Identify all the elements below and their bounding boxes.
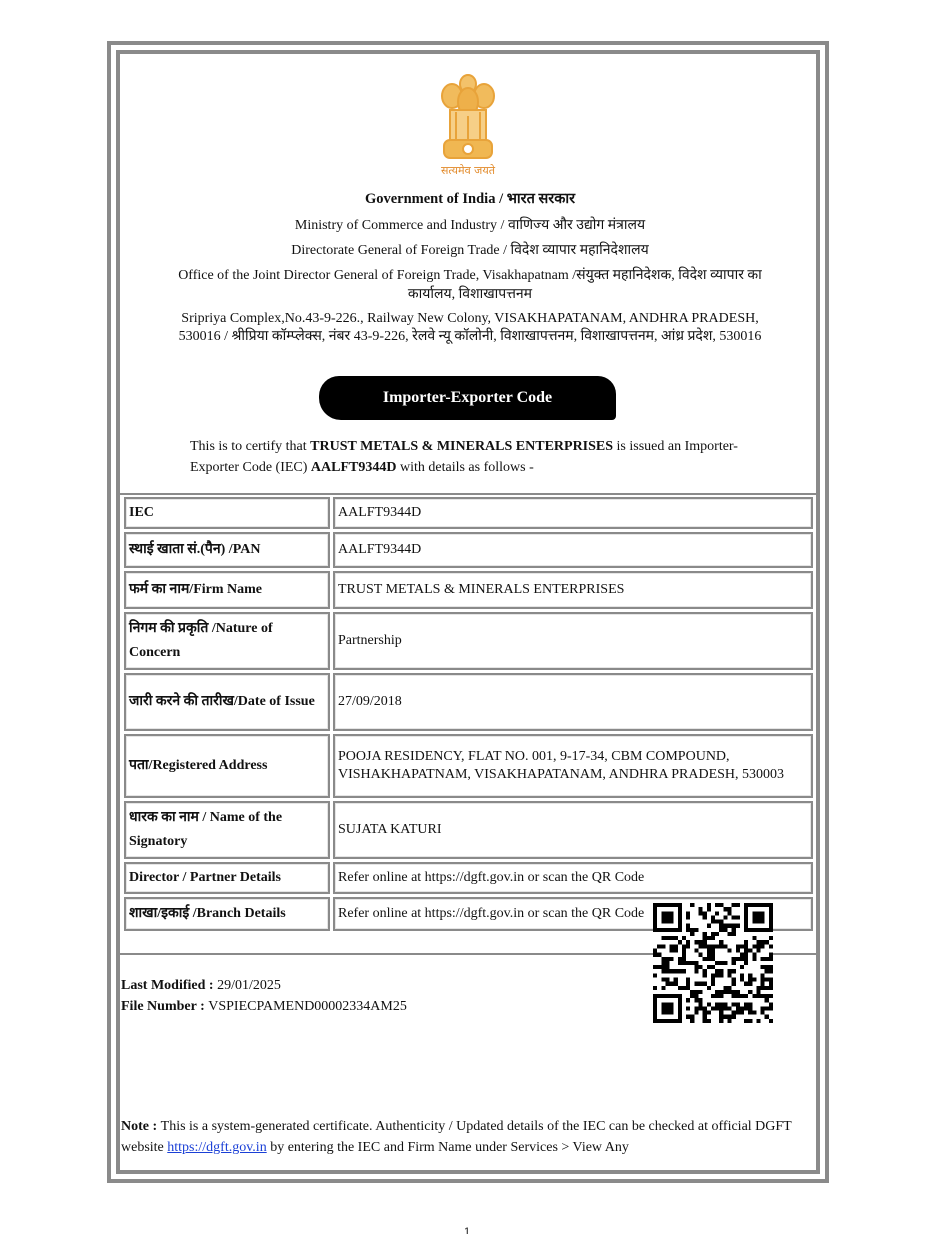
table-row: जारी करने की तारीख/Date of Issue27/09/20… [124,673,813,731]
dgft-website-link[interactable]: https://dgft.gov.in [167,1140,266,1155]
table-row: निगम की प्रकृति /Nature of ConcernPartne… [124,612,813,670]
row-label: Director / Partner Details [124,862,330,894]
table-row: फर्म का नाम/Firm NameTRUST METALS & MINE… [124,571,813,609]
table-row: IECAALFT9344D [124,497,813,529]
row-label: IEC [124,497,330,529]
table-row: स्थाई खाता सं.(पैन) /PANAALFT9344D [124,532,813,568]
row-label: स्थाई खाता सं.(पैन) /PAN [124,532,330,568]
page-number: 1 [464,1226,470,1234]
table-row: Director / Partner DetailsRefer online a… [124,862,813,894]
row-label: शाखा/इकाई /Branch Details [124,897,330,931]
table-row: पता/Registered AddressPOOJA RESIDENCY, F… [124,734,813,798]
verification-note: Note : This is a system-generated certif… [121,1116,811,1158]
iec-details-table: IECAALFT9344Dस्थाई खाता सं.(पैन) /PANAAL… [121,494,816,934]
row-value: POOJA RESIDENCY, FLAT NO. 001, 9-17-34, … [333,734,813,798]
row-value: 27/09/2018 [333,673,813,731]
svg-text:सत्यमेव जयते: सत्यमेव जयते [441,164,496,177]
file-number: File Number : VSPIECPAMEND00002334AM25 [121,996,407,1017]
ministry-line: Ministry of Commerce and Industry / वाणि… [130,216,810,235]
qr-code-icon[interactable] [653,903,773,1023]
office-address-line-2: 530016 / श्रीप्रिया कॉम्प्लेक्स, नंबर 43… [130,328,810,346]
row-value: AALFT9344D [333,497,813,529]
row-label: धारक का नाम / Name of the Signatory [124,801,330,859]
certification-statement: This is to certify that TRUST METALS & M… [190,436,770,478]
directorate-line: Directorate General of Foreign Trade / व… [130,241,810,260]
file-meta: Last Modified : 29/01/2025 File Number :… [121,975,407,1017]
table-row: धारक का नाम / Name of the SignatorySUJAT… [124,801,813,859]
office-line-1: Office of the Joint Director General of … [130,266,810,285]
row-value: Refer online at https://dgft.gov.in or s… [333,862,813,894]
last-modified: Last Modified : 29/01/2025 [121,975,407,996]
government-title: Government of India / भारत सरकार [130,188,810,208]
row-value: Partnership [333,612,813,670]
row-label: निगम की प्रकृति /Nature of Concern [124,612,330,670]
row-label: फर्म का नाम/Firm Name [124,571,330,609]
office-line-2: कार्यालय, विशाखापत्तनम [130,285,810,304]
iec-code: AALFT9344D [311,460,397,475]
row-label: पता/Registered Address [124,734,330,798]
issuing-authority-header: Government of India / भारत सरकार Ministr… [130,188,810,346]
firm-name: TRUST METALS & MINERALS ENTERPRISES [310,439,613,454]
row-value: AALFT9344D [333,532,813,568]
row-value: TRUST METALS & MINERALS ENTERPRISES [333,571,813,609]
certificate-title: Importer-Exporter Code [319,376,616,420]
row-value: SUJATA KATURI [333,801,813,859]
national-emblem-icon: सत्यमेव जयते [428,70,508,180]
row-label: जारी करने की तारीख/Date of Issue [124,673,330,731]
office-address-line-1: Sripriya Complex,No.43-9-226., Railway N… [130,310,810,328]
